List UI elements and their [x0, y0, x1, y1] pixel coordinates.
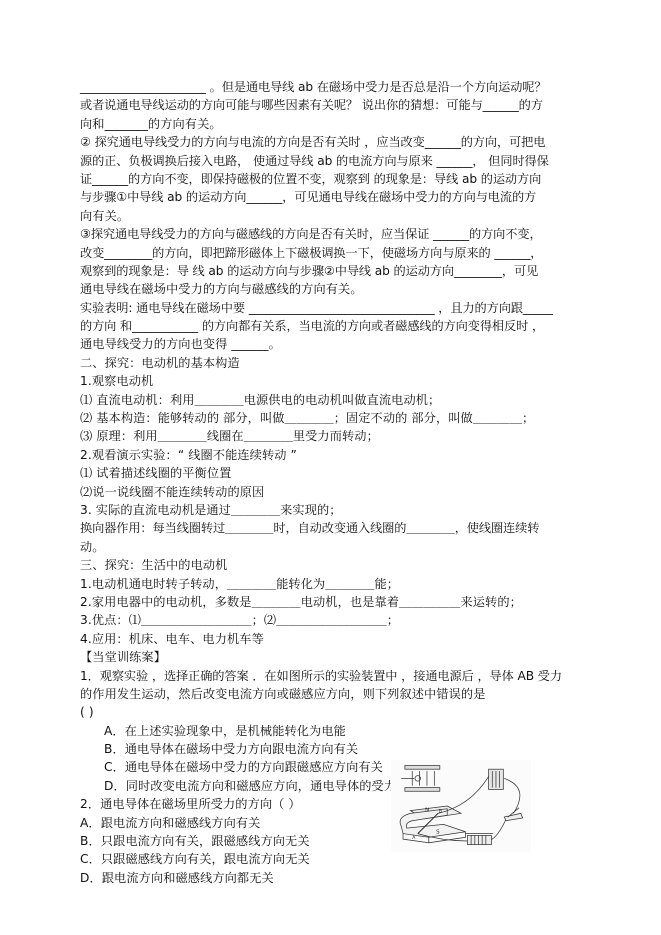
text-line: 4.应用：机床、电车、电力机车等 [80, 630, 588, 648]
experiment-conclusion-line: 实验表明: 通电导线在磁场中要 ________________________… [80, 299, 588, 317]
question-1-stem-cont: 的作用发生运动，然后改变电流方向或磁感应方向，则下列叙述中错误的是 [80, 685, 588, 703]
q1-option-a: A．在上述实验现象中，是机械能转化为电能 [80, 722, 588, 740]
text-line: ⑶ 原理：利用＿＿＿＿线圈在＿＿＿＿里受力而转动； [80, 427, 588, 445]
q2-option-d: D．跟电流方向和磁感线方向都无关 [80, 869, 588, 887]
text-line: ⑴ 试着描述线圈的平衡位置 [80, 464, 588, 482]
text-line: 向有关。 [80, 207, 588, 225]
text-line: ③探究通电导线受力的方向与磁感线的方向是否有关时，应当保证 ______的方向不… [80, 225, 588, 243]
text-line: ⑵ 基本构造：能够转动的 部分，叫做＿＿＿＿；固定不动的 部分，叫做＿＿＿＿； [80, 409, 588, 427]
svg-text:S: S [436, 830, 440, 836]
section-heading-motor-structure: 二、探究：电动机的基本构造 [80, 354, 588, 372]
question-1-stem: 1．观察实验 ，选择正确的答案 ．在如图所示的实验装置中 ，接通电源后 ，导体 … [80, 667, 588, 685]
subheading-demo-experiment: 2.观看演示实验：“ 线圈不能连续转动 ” [80, 446, 588, 464]
text-line: ⑵说一说线圈不能连续转动的原因 [80, 483, 588, 501]
text-line: _____________________ 。但是通电导线 ab 在磁场中受力是… [80, 78, 588, 96]
text-line: 3. 实际的直流电动机是通过＿＿＿＿来实现的； [80, 501, 588, 519]
text-line: ⑴ 直流电动机：利用＿＿＿＿电源供电的电动机叫做直流电动机； [80, 391, 588, 409]
section-heading-motors-in-life: 三、探究：生活中的电动机 [80, 556, 588, 574]
q1-option-b: B．通电导体在磁场中受力方向跟电流方向有关 [80, 740, 588, 758]
svg-text:N: N [425, 808, 429, 814]
text-line: 1.电动机通电时转子转动，＿＿＿＿能转化为＿＿＿＿能； [80, 575, 588, 593]
text-line: 的方向 和___________ 的方向都有关系，当电流的方向或者磁感线的方向变… [80, 317, 588, 335]
text-line: 通电导线在磁场中受力的方向与磁感线的方向有关。 [80, 280, 588, 298]
text-line: 换向器作用：每当线圈转过＿＿＿＿时，自动改变通入线圈的＿＿＿＿，使线圈连续转 [80, 519, 588, 537]
subheading-observe-motor: 1.观察电动机 [80, 372, 588, 390]
text-line: 改变________的方向，即把蹄形磁体上下磁极调换一下，使磁场方向与原来的 _… [80, 244, 588, 262]
text-line: 3.优点：⑴＿＿＿＿＿＿＿＿＿；⑵＿＿＿＿＿＿＿＿＿； [80, 611, 588, 629]
question-1-answer-blank: ( ) [80, 703, 588, 721]
text-line: 源的正、负极调换后接入电路， 使通过导线 ab 的电流方向与原来 ______，… [80, 152, 588, 170]
q2-option-c: C．只跟磁感线方向有关，跟电流方向无关 [80, 850, 588, 868]
text-line: 通电导线受力的方向也变得 ______。 [80, 335, 588, 353]
svg-text:A: A [412, 835, 416, 841]
text-line: 证______的方向不变，即保持磁极的位置不变，观察到 的现象是：导线 ab 的… [80, 170, 588, 188]
motor-experiment-diagram-icon: N S A B [391, 760, 531, 852]
text-line: 与步骤①中导线 ab 的运动方向______，可见通电导线在磁场中受力的方向与电… [80, 188, 588, 206]
text-line: 向和_______的方向有关。 [80, 115, 588, 133]
text-line: 动。 [80, 538, 588, 556]
experiment-apparatus-figure: N S A B [391, 760, 531, 852]
section-heading-classroom-practice: 【当堂训练案】 [80, 648, 588, 666]
text-line: ② 探究通电导线受力的方向与电流的方向是否有关时 ，应当改变______的方向，… [80, 133, 588, 151]
text-line: 2.家用电器中的电动机，多数是＿＿＿＿电动机，也是靠着＿＿＿＿＿来运转的； [80, 593, 588, 611]
text-line: 或者说通电导线运动的方向可能与哪些因素有关呢？ 说出你的猜想：可能与______… [80, 96, 588, 114]
svg-text:B: B [439, 808, 442, 814]
text-line: 观察到的现象是：导 线 ab 的运动方向与步骤②中导线 ab 的运动方向____… [80, 262, 588, 280]
